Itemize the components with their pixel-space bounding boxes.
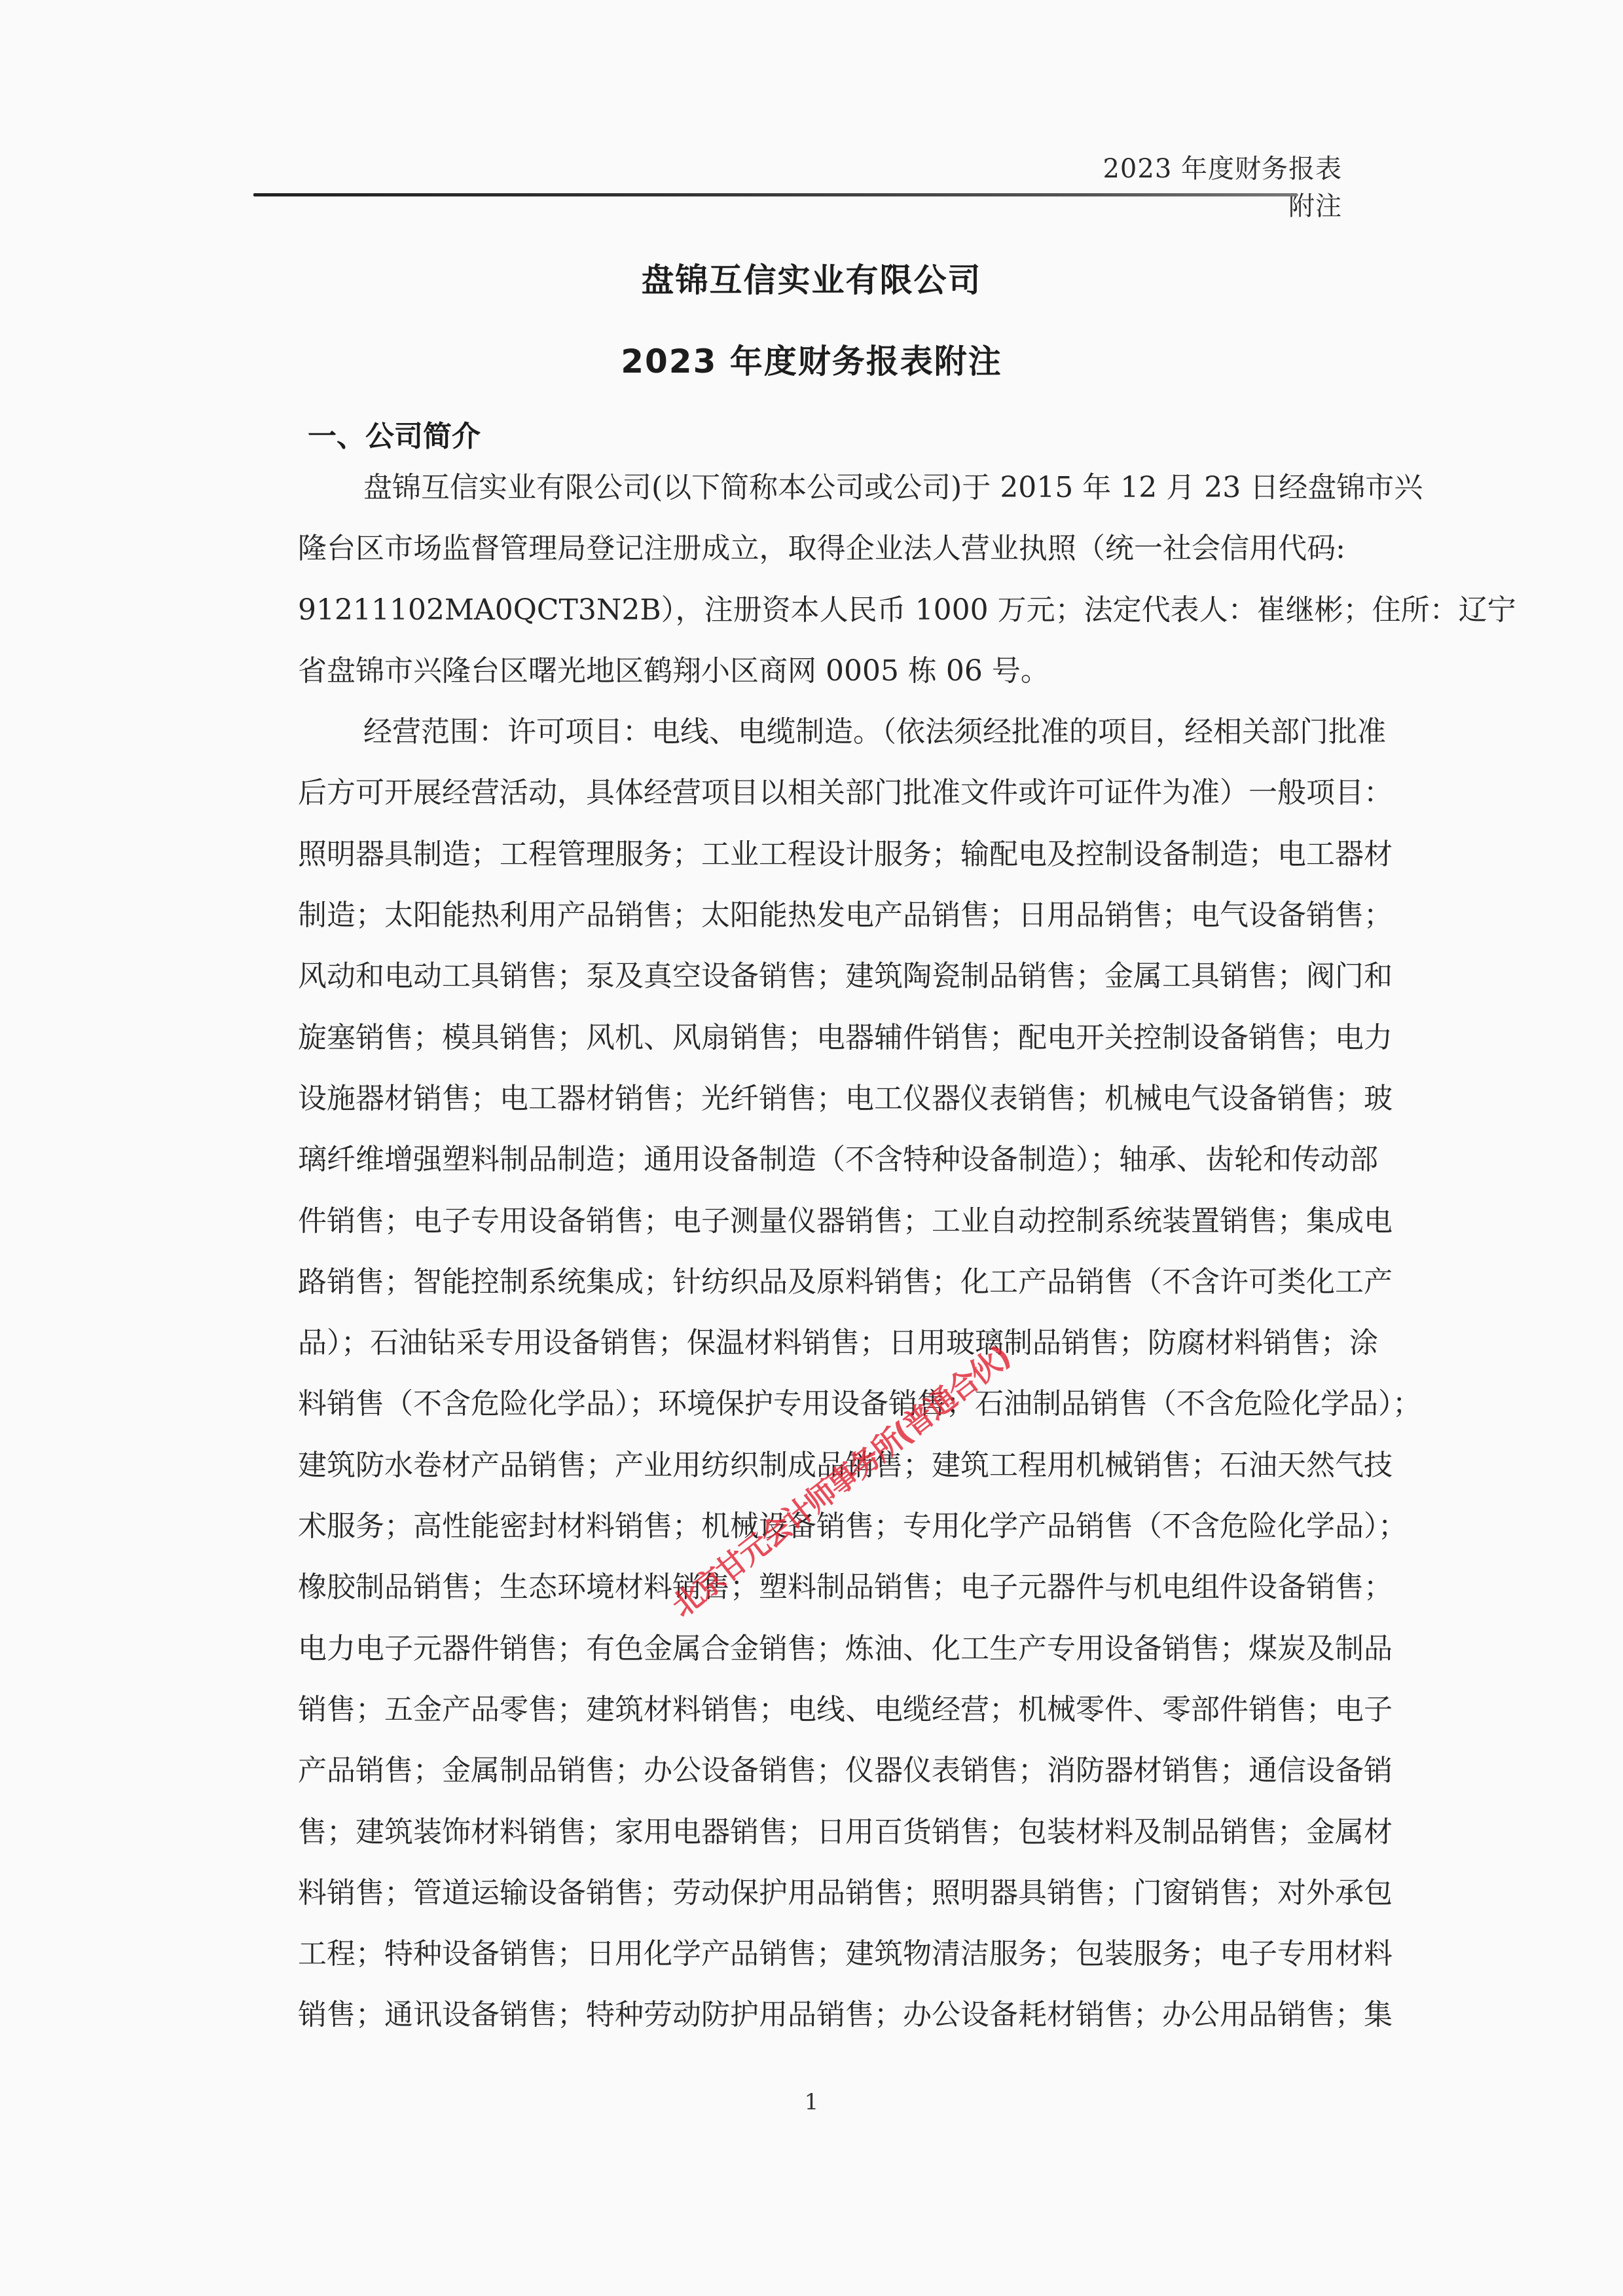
company-profile-body: 盘锦互信实业有限公司(以下简称本公司或公司)于 2015 年 12 月 23 日… <box>298 464 1345 2052</box>
body-line: 旋塞销售；模具销售；风机、风扇销售；电器辅件销售；配电开关控制设备销售；电力 <box>298 1014 1345 1075</box>
section-heading-company-profile: 一、公司简介 <box>308 413 481 454</box>
report-title: 2023 年度财务报表附注 <box>0 335 1623 382</box>
company-name-title: 盘锦互信实业有限公司 <box>0 254 1623 301</box>
body-line: 产品销售；金属制品销售；办公设备销售；仪器仪表销售；消防器材销售；通信设备销 <box>298 1747 1345 1807</box>
body-line: 件销售；电子专用设备销售；电子测量仪器销售；工业自动控制系统装置销售；集成电 <box>298 1197 1345 1258</box>
body-line: 销售；通讯设备销售；特种劳动防护用品销售；办公设备耗材销售；办公用品销售；集 <box>298 1991 1345 2052</box>
body-line: 料销售（不含危险化学品）；环境保护专用设备销售；石油制品销售（不含危险化学品）； <box>298 1380 1345 1441</box>
body-line: 制造；太阳能热利用产品销售；太阳能热发电产品销售；日用品销售；电气设备销售； <box>298 891 1345 952</box>
body-line: 品）；石油钻采专用设备销售；保温材料销售；日用玻璃制品销售；防腐材料销售；涂 <box>298 1319 1345 1380</box>
body-line: 省盘锦市兴隆台区曙光地区鹤翔小区商网 0005 栋 06 号。 <box>298 647 1345 708</box>
body-line: 售；建筑装饰材料销售；家用电器销售；日用百货销售；包装材料及制品销售；金属材 <box>298 1808 1345 1869</box>
body-line: 91211102MA0QCT3N2B），注册资本人民币 1000 万元；法定代表… <box>298 586 1345 647</box>
body-line: 路销售；智能控制系统集成；针纺织品及原料销售；化工产品销售（不含许可类化工产 <box>298 1258 1345 1319</box>
body-line: 璃纤维增强塑料制品制造；通用设备制造（不含特种设备制造）；轴承、齿轮和传动部 <box>298 1136 1345 1196</box>
body-line: 电力电子元器件销售；有色金属合金销售；炼油、化工生产专用设备销售；煤炭及制品 <box>298 1625 1345 1686</box>
body-line: 橡胶制品销售；生态环境材料销售；塑料制品销售；电子元器件与机电组件设备销售； <box>298 1563 1345 1624</box>
body-line: 工程；特种设备销售；日用化学产品销售；建筑物清洁服务；包装服务；电子专用材料 <box>298 1930 1345 1991</box>
body-line: 盘锦互信实业有限公司(以下简称本公司或公司)于 2015 年 12 月 23 日… <box>298 464 1345 525</box>
page-number: 1 <box>0 2089 1623 2115</box>
body-line: 照明器具制造；工程管理服务；工业工程设计服务；输配电及控制设备制造；电工器材 <box>298 830 1345 891</box>
body-line: 隆台区市场监督管理局登记注册成立，取得企业法人营业执照（统一社会信用代码: <box>298 525 1345 585</box>
body-line: 销售；五金产品零售；建筑材料销售；电线、电缆经营；机械零件、零部件销售；电子 <box>298 1686 1345 1747</box>
body-line: 设施器材销售；电工器材销售；光纤销售；电工仪器仪表销售；机械电气设备销售；玻 <box>298 1075 1345 1136</box>
body-line: 后方可开展经营活动，具体经营项目以相关部门批准文件或许可证件为准）一般项目： <box>298 769 1345 830</box>
body-line: 经营范围：许可项目：电线、电缆制造。（依法须经批准的项目，经相关部门批准 <box>298 708 1345 769</box>
body-line: 料销售；管道运输设备销售；劳动保护用品销售；照明器具销售；门窗销售；对外承包 <box>298 1869 1345 1930</box>
body-line: 风动和电动工具销售；泵及真空设备销售；建筑陶瓷制品销售；金属工具销售；阀门和 <box>298 952 1345 1013</box>
header-divider <box>253 193 1298 196</box>
running-header-title: 2023 年度财务报表附注 <box>1093 148 1342 223</box>
